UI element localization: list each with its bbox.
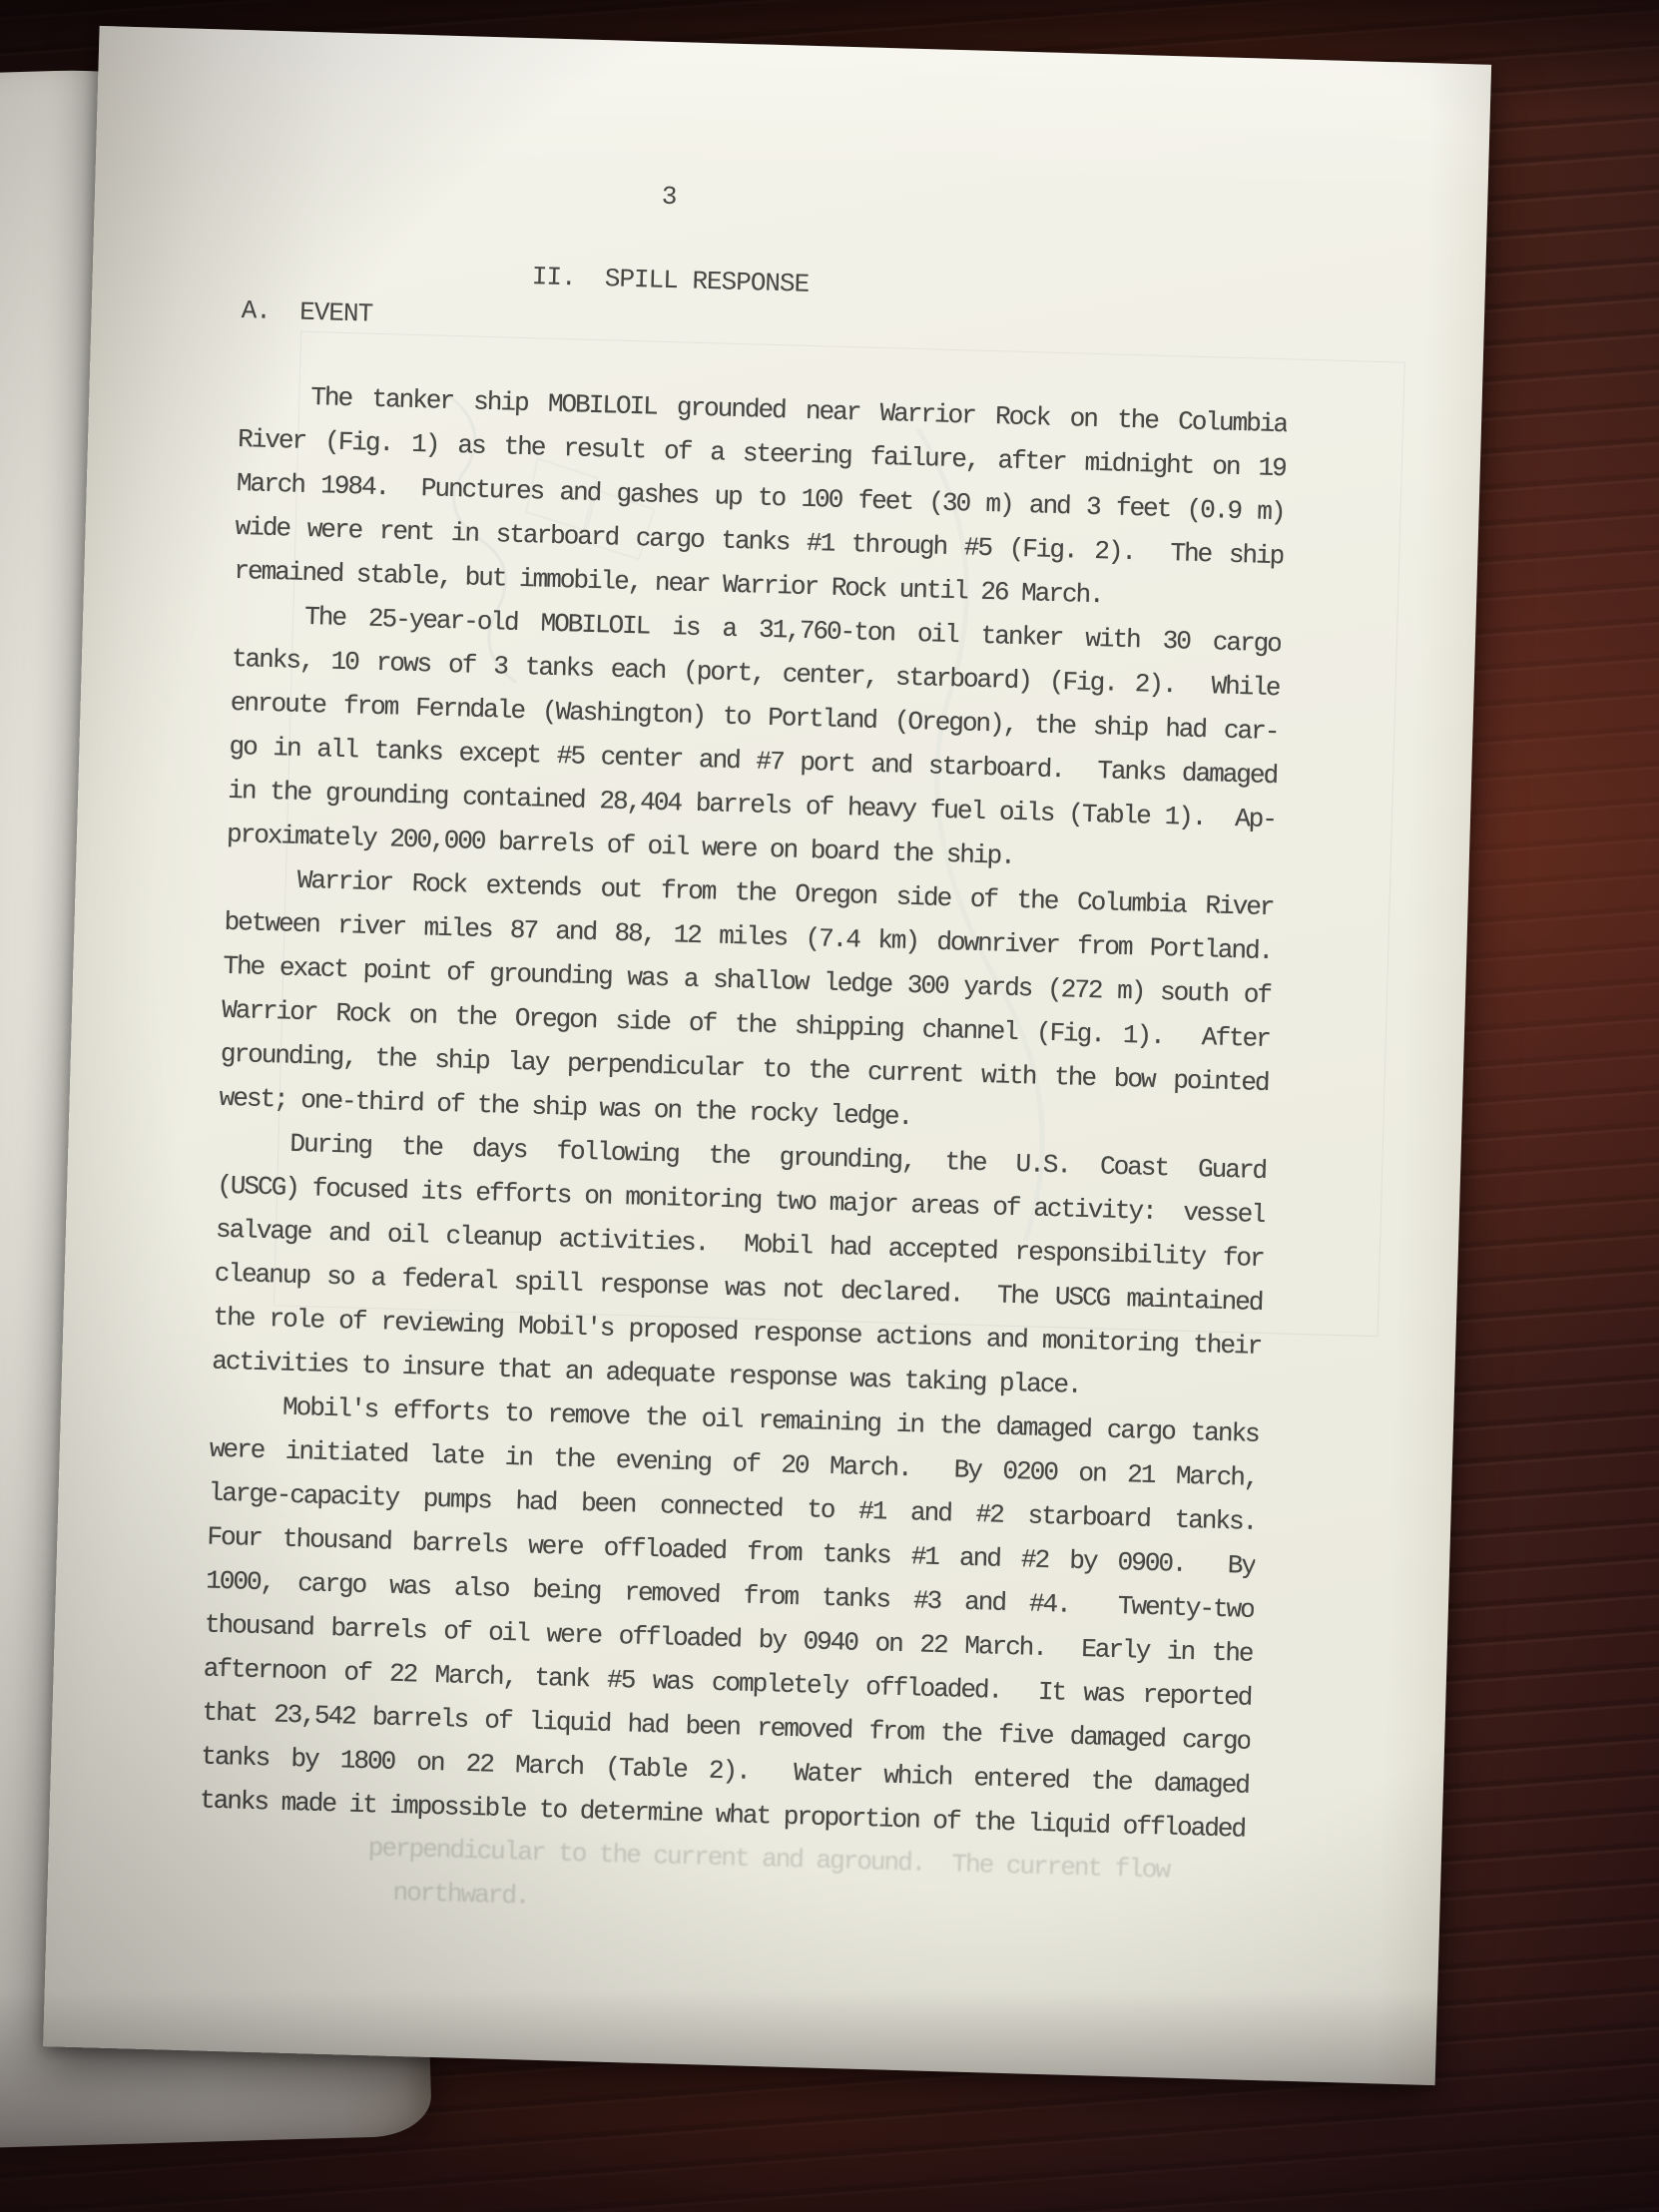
body-text: The tanker ship MOBILOIL grounded near W… [199,373,1287,1852]
desk-scene: ~~~ ~~ 3 II. SPILL RESPONSE A. EVENT The… [0,0,1659,2212]
page-number: 3 [145,167,1193,226]
report-page: 3 II. SPILL RESPONSE A. EVENT The tanker… [43,26,1491,2085]
section-heading: II. SPILL RESPONSE [531,262,1291,312]
page-content: 3 II. SPILL RESPONSE A. EVENT The tanker… [50,166,1488,1857]
